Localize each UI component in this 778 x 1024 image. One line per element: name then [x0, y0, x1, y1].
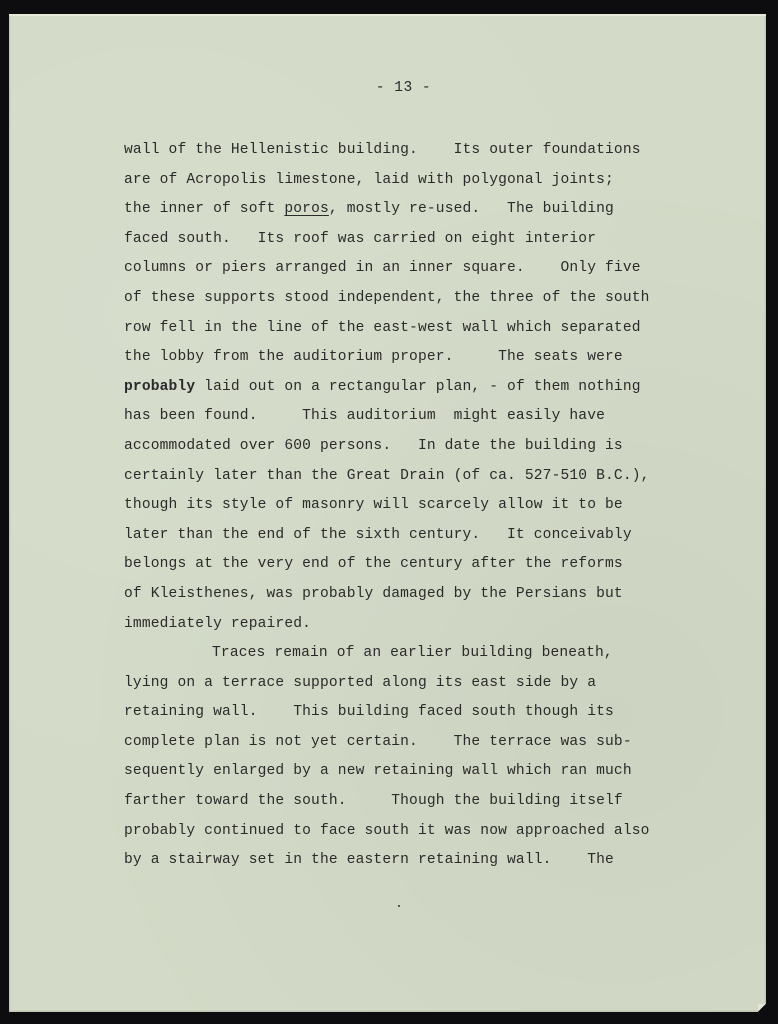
text-line: of Kleisthenes, was probably damaged by … — [124, 580, 684, 610]
text-line: has been found. This auditorium might ea… — [124, 402, 684, 432]
text-segment: laid out on a rectangular plan, - of the… — [195, 379, 640, 395]
text-line: farther toward the south. Though the bui… — [124, 787, 684, 817]
text-line: by a stairway set in the eastern retaini… — [124, 846, 684, 876]
underlined-term-poros: poros — [284, 201, 329, 217]
text-line: certainly later than the Great Drain (of… — [124, 462, 684, 492]
paper-speck — [398, 905, 400, 907]
text-line: complete plan is not yet certain. The te… — [124, 728, 684, 758]
text-line: sequently enlarged by a new retaining wa… — [124, 757, 684, 787]
text-line: wall of the Hellenistic building. Its ou… — [124, 136, 684, 166]
text-line: though its style of masonry will scarcel… — [124, 491, 684, 521]
text-line: faced south. Its roof was carried on eig… — [124, 225, 684, 255]
text-line-indented: Traces remain of an earlier building ben… — [124, 639, 684, 669]
text-line: columns or piers arranged in an inner sq… — [124, 254, 684, 284]
text-line: immediately repaired. — [124, 610, 684, 640]
text-line: retaining wall. This building faced sout… — [124, 698, 684, 728]
page-top-edge — [9, 14, 766, 16]
text-line: are of Acropolis limestone, laid with po… — [124, 166, 684, 196]
overtyped-word: probably — [124, 379, 195, 395]
text-line: accommodated over 600 persons. In date t… — [124, 432, 684, 462]
text-line: the inner of soft poros, mostly re-used.… — [124, 195, 684, 225]
text-line: belongs at the very end of the century a… — [124, 550, 684, 580]
text-line: row fell in the line of the east-west wa… — [124, 314, 684, 344]
text-segment: the inner of soft — [124, 201, 284, 217]
text-line: later than the end of the sixth century.… — [124, 521, 684, 551]
page-number: - 13 - — [9, 80, 766, 96]
text-line: probably laid out on a rectangular plan,… — [124, 373, 684, 403]
text-line: probably continued to face south it was … — [124, 817, 684, 847]
corner-fold — [758, 1004, 766, 1012]
text-line: lying on a terrace supported along its e… — [124, 669, 684, 699]
body-text: wall of the Hellenistic building. Its ou… — [124, 136, 684, 876]
text-line: of these supports stood independent, the… — [124, 284, 684, 314]
text-segment: , mostly re-used. The building — [329, 201, 614, 217]
typewritten-page: - 13 - wall of the Hellenistic building.… — [9, 14, 766, 1012]
text-line: the lobby from the auditorium proper. Th… — [124, 343, 684, 373]
